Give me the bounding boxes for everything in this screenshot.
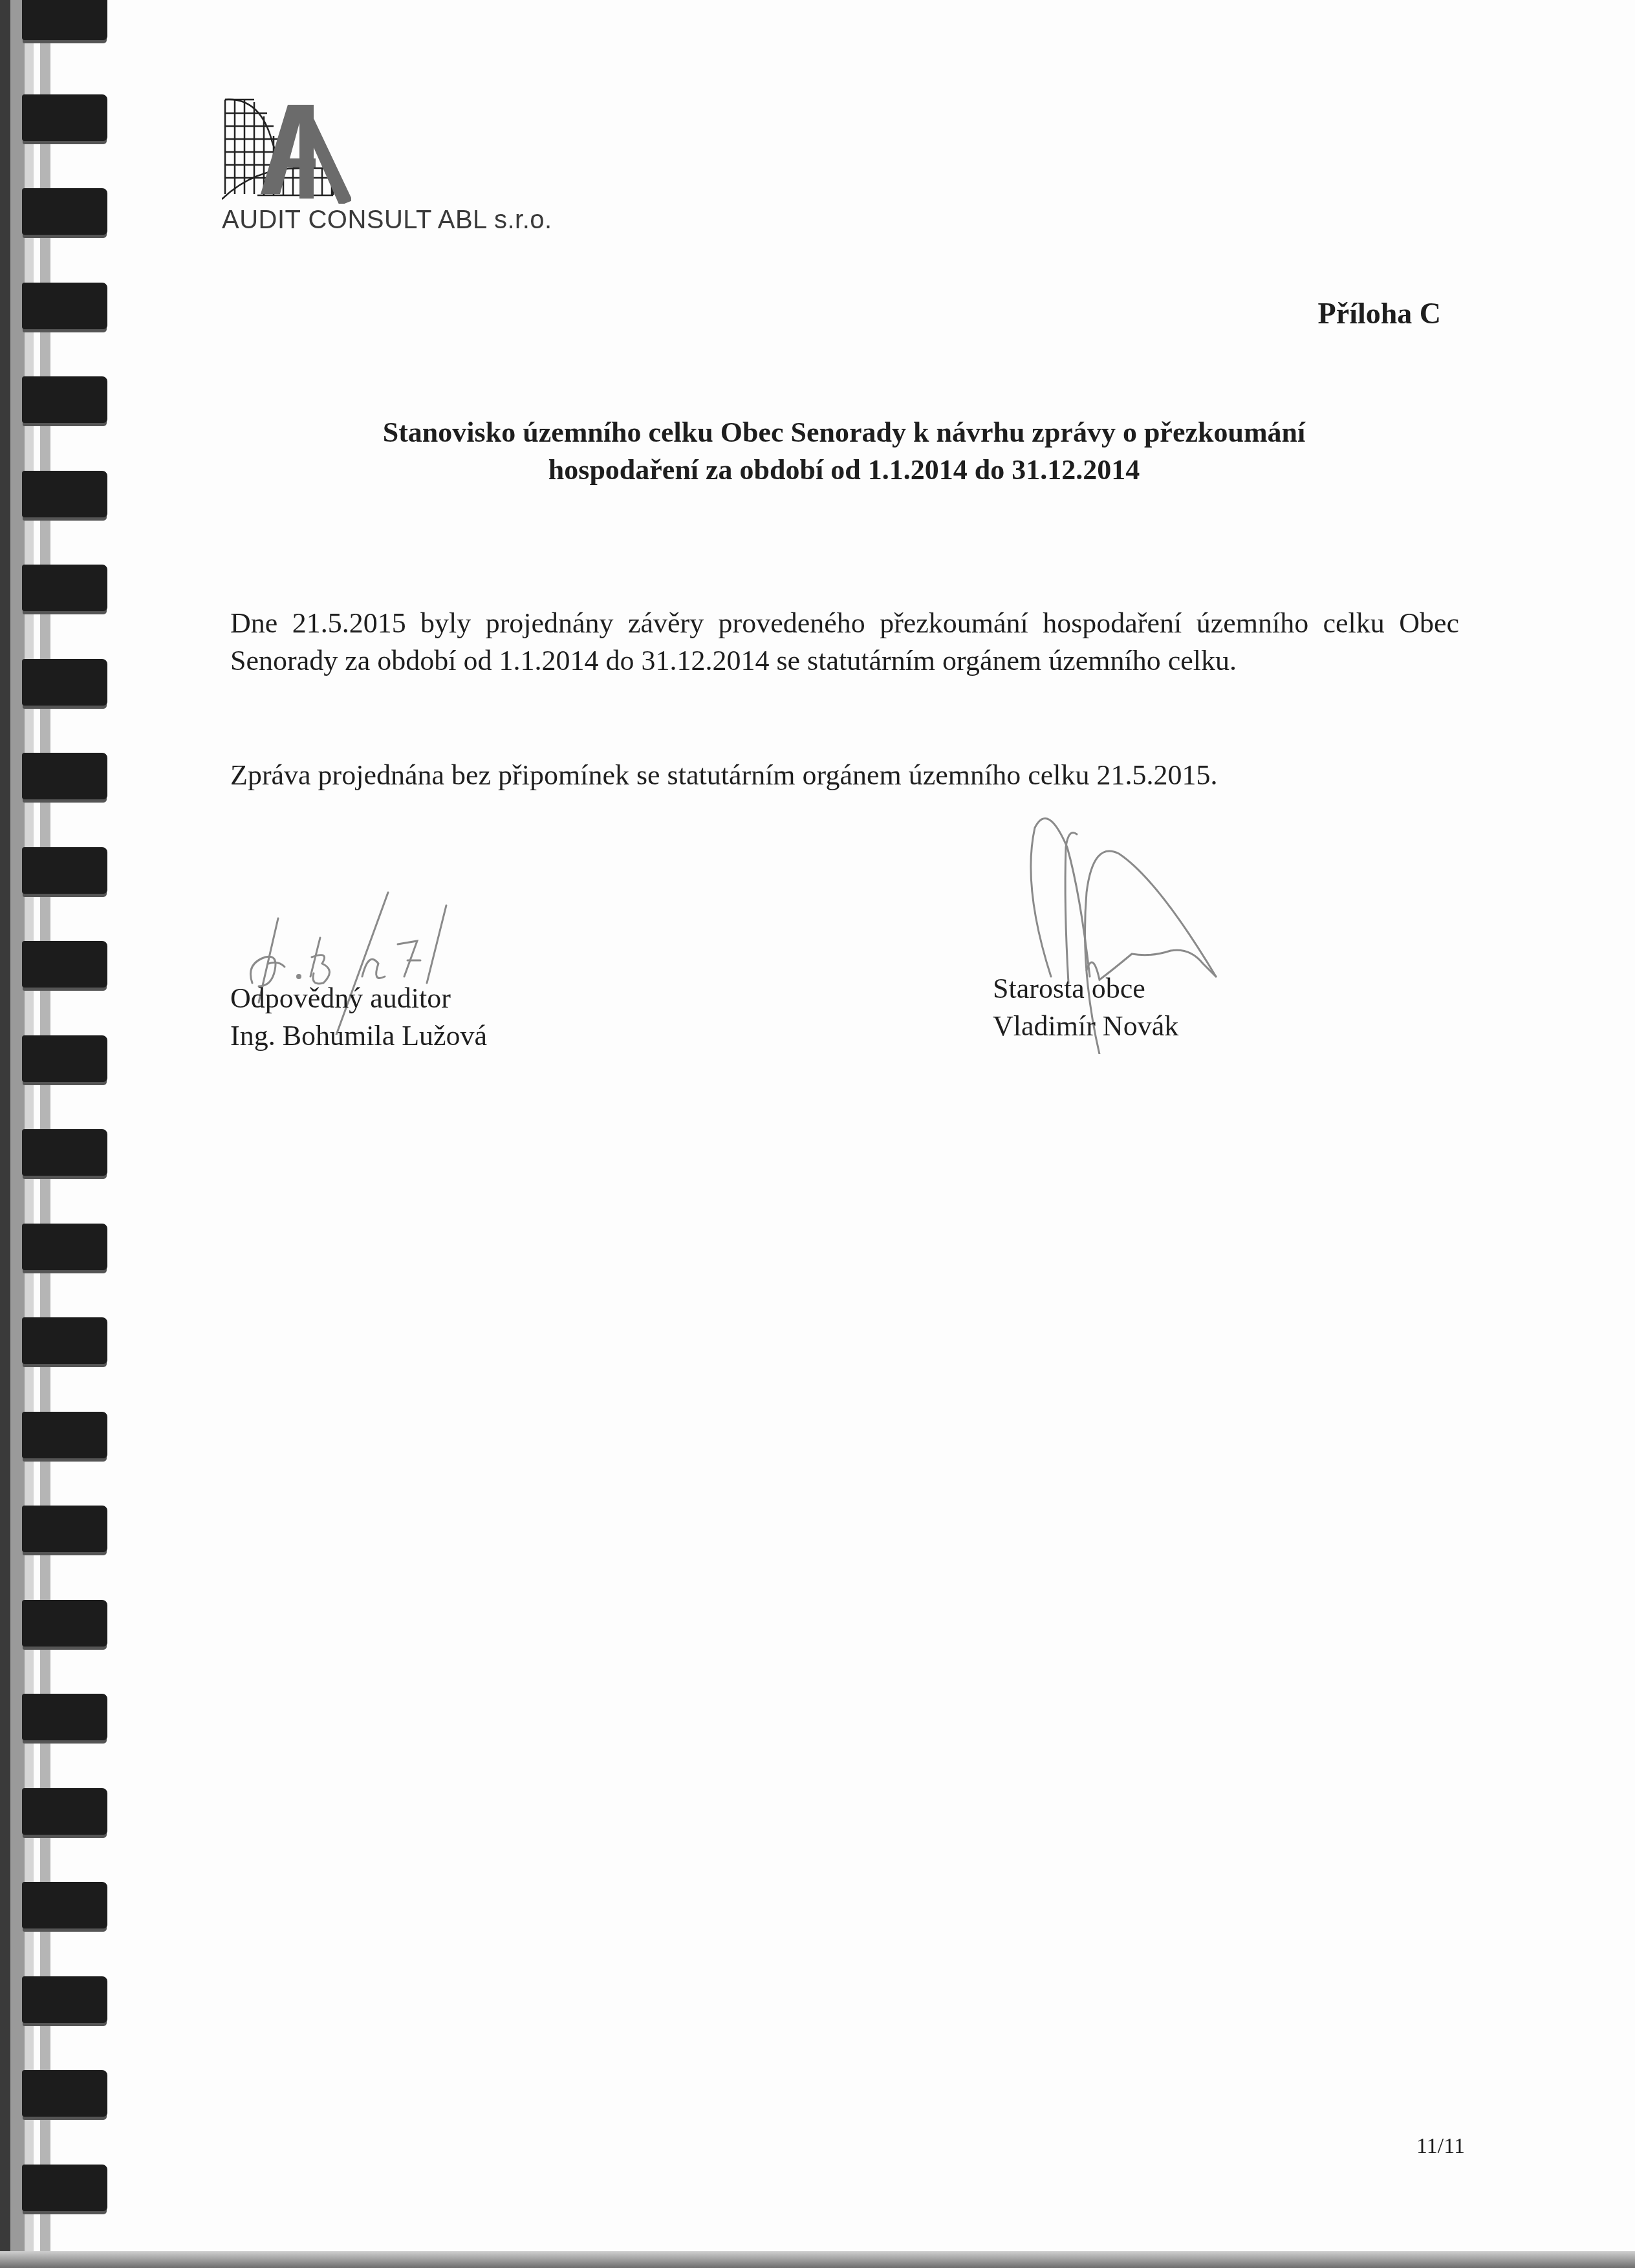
binding-tooth — [22, 565, 107, 611]
binding-tooth — [22, 1224, 107, 1270]
title-line-2: hospodaření za období od 1.1.2014 do 31.… — [272, 451, 1416, 489]
scan-bottom-edge — [0, 2251, 1635, 2268]
title-line-1: Stanovisko územního celku Obec Senorady … — [272, 414, 1416, 451]
binding-tooth — [22, 941, 107, 988]
auditor-signature-block: Odpovědný auditor Ing. Bohumila Lužová — [230, 980, 487, 1055]
binding-tooth — [22, 1506, 107, 1552]
binding-tooth — [22, 1788, 107, 1835]
auditor-name: Ing. Bohumila Lužová — [230, 1017, 487, 1055]
annex-label: Příloha C — [1318, 296, 1441, 330]
binding-tooth — [22, 1035, 107, 1082]
page-number: 11/11 — [1416, 2134, 1465, 2159]
binding-tooth — [22, 283, 107, 329]
binding-tooth — [22, 2070, 107, 2117]
company-logo — [222, 97, 351, 204]
body-paragraph-1: Dne 21.5.2015 byly projednány závěry pro… — [230, 605, 1459, 680]
mayor-signature-block: Starosta obce Vladimír Novák — [993, 970, 1178, 1045]
binding-tooth — [22, 1882, 107, 1928]
binding-tooth — [22, 1129, 107, 1176]
binding-tooth — [22, 1976, 107, 2023]
binding-tooth — [22, 847, 107, 894]
binding-tooth — [22, 188, 107, 235]
binding-tooth — [22, 471, 107, 517]
binding-tooth — [22, 94, 107, 141]
binding-tooth — [22, 659, 107, 706]
binding-tooth — [22, 753, 107, 799]
binding-tooth — [22, 2165, 107, 2211]
binding-tooth — [22, 376, 107, 423]
company-name: AUDIT CONSULT ABL s.r.o. — [222, 206, 552, 235]
document-title: Stanovisko územního celku Obec Senorady … — [272, 414, 1416, 489]
comb-binding — [0, 0, 113, 2268]
binding-tooth — [22, 1694, 107, 1740]
body-paragraph-2: Zpráva projednána bez připomínek se stat… — [230, 757, 1459, 794]
mayor-name: Vladimír Novák — [993, 1008, 1178, 1045]
audit-consult-grid-a-logo-icon — [222, 97, 351, 204]
binding-tooth — [22, 1317, 107, 1364]
mayor-role: Starosta obce — [993, 970, 1178, 1008]
binding-tooth — [22, 1600, 107, 1647]
binding-tooth — [22, 1412, 107, 1458]
auditor-role: Odpovědný auditor — [230, 980, 487, 1017]
binding-spine — [0, 0, 10, 2268]
binding-tooth — [22, 0, 107, 40]
